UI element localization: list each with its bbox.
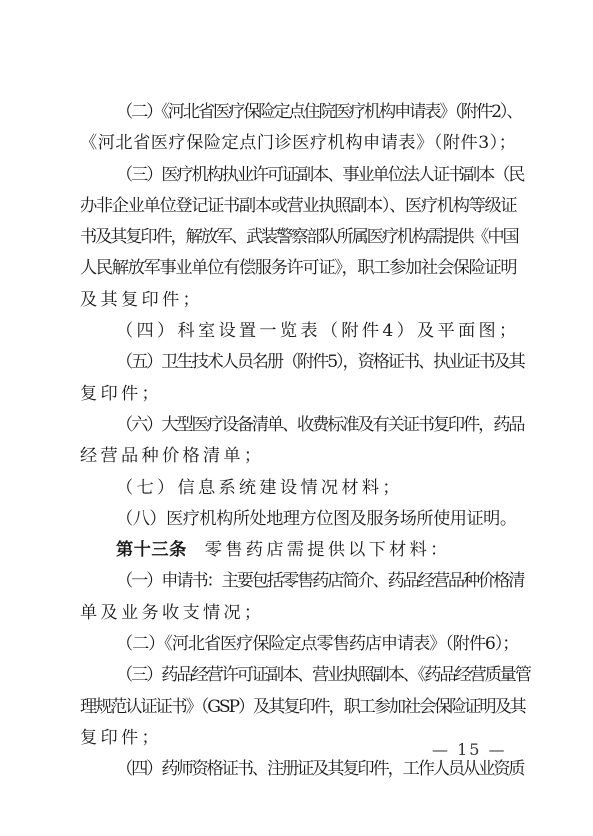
text-line: 《河北省医疗保险定点门诊医疗机构申请表》（附件3）； <box>80 128 520 159</box>
text-line: （二）《河北省医疗保险定点住院医疗机构申请表》（附件2）、 <box>80 97 520 128</box>
text-line: 复印件； <box>80 379 520 410</box>
article-text: 零售药店需提供以下材料： <box>205 540 451 560</box>
text-line: 及其复印件； <box>80 285 520 316</box>
text-line: （五）卫生技术人员名册（附件5），资格证书、执业证书及其 <box>80 347 520 378</box>
text-line: 单及业务收支情况； <box>80 598 520 629</box>
text-line: 理规范认证证书》（GSP）及其复印件，职工参加社会保险证明及其 <box>80 692 520 723</box>
article-heading-line: 第十三条零售药店需提供以下材料： <box>80 535 520 566</box>
article-number: 第十三条 <box>116 540 187 560</box>
document-body: （二）《河北省医疗保险定点住院医疗机构申请表》（附件2）、 《河北省医疗保险定点… <box>80 97 520 786</box>
text-line: （四）科室设置一览表（附件4）及平面图； <box>80 316 520 347</box>
text-line: 人民解放军事业单位有偿服务许可证》，职工参加社会保险证明 <box>80 253 520 284</box>
text-line: 办非企业单位登记证书副本或营业执照副本）、医疗机构等级证 <box>80 191 520 222</box>
text-line: （二）《河北省医疗保险定点零售药店申请表》（附件6）； <box>80 629 520 660</box>
text-line: （六）大型医疗设备清单、收费标准及有关证书复印件，药品 <box>80 410 520 441</box>
text-line: 经营品种价格清单； <box>80 441 520 472</box>
text-line: 书及其复印件，解放军、武装警察部队所属医疗机构需提供《中国 <box>80 222 520 253</box>
text-line: （三）医疗机构执业许可证副本、事业单位法人证书副本（民 <box>80 160 520 191</box>
text-line: （三）药品经营许可证副本、营业执照副本、《药品经营质量管 <box>80 660 520 691</box>
text-line: （七）信息系统建设情况材料； <box>80 473 520 504</box>
page-number: — 15 — <box>432 740 507 759</box>
text-line: （八）医疗机构所处地理方位图及服务场所使用证明。 <box>80 504 520 535</box>
text-line: （一）申请书：主要包括零售药店简介、药品经营品种价格清 <box>80 566 520 597</box>
document-page: （二）《河北省医疗保险定点住院医疗机构申请表》（附件2）、 《河北省医疗保险定点… <box>0 0 593 836</box>
